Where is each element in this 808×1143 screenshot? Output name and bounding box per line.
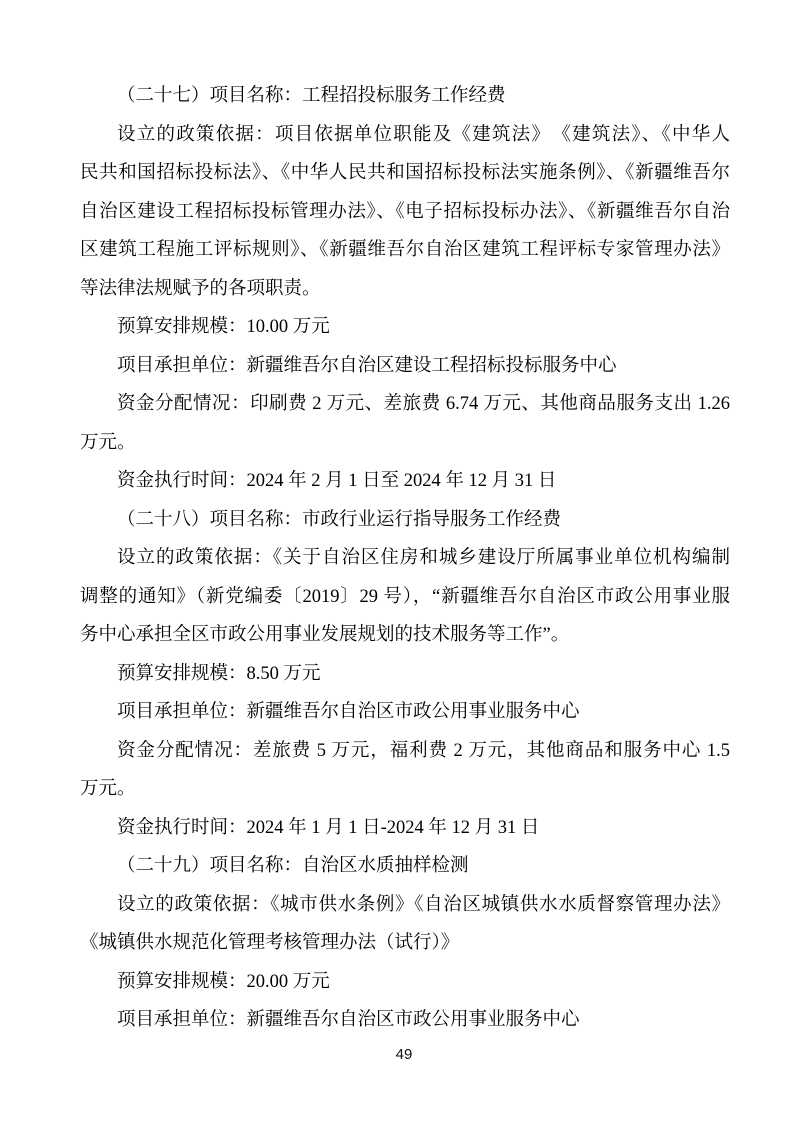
page-number: 49 bbox=[0, 1044, 808, 1066]
document-page: （二十七）项目名称：工程招投标服务工作经费设立的政策依据：项目依据单位职能及《建… bbox=[0, 0, 808, 1143]
text-line: 区建筑工程施工评标规则》、《新疆维吾尔自治区建筑工程评标专家管理办法》 bbox=[80, 231, 730, 270]
text-line: 预算安排规模：10.00 万元 bbox=[80, 308, 730, 347]
text-line: 《城镇供水规范化管理考核管理办法（试行）》 bbox=[80, 924, 730, 963]
text-line: 预算安排规模：20.00 万元 bbox=[80, 963, 730, 1002]
text-line: 资金分配情况：印刷费 2 万元、差旅费 6.74 万元、其他商品服务支出 1.2… bbox=[80, 385, 730, 424]
text-line: 资金分配情况：差旅费 5 万元，福利费 2 万元，其他商品和服务中心 1.5 bbox=[80, 732, 730, 771]
text-line: 资金执行时间：2024 年 1 月 1 日-2024 年 12 月 31 日 bbox=[80, 809, 730, 848]
text-line: 等法律法规赋予的各项职责。 bbox=[80, 270, 730, 309]
text-line: （二十七）项目名称：工程招投标服务工作经费 bbox=[80, 77, 730, 116]
text-line: 设立的政策依据：《关于自治区住房和城乡建设厅所属事业单位机构编制 bbox=[80, 539, 730, 578]
text-line: （二十八）项目名称：市政行业运行指导服务工作经费 bbox=[80, 501, 730, 540]
text-line: 项目承担单位：新疆维吾尔自治区市政公用事业服务中心 bbox=[80, 693, 730, 732]
text-line: 调整的通知》（新党编委〔2019〕29 号），“新疆维吾尔自治区市政公用事业服 bbox=[80, 578, 730, 617]
text-line: 项目承担单位：新疆维吾尔自治区建设工程招标投标服务中心 bbox=[80, 347, 730, 386]
text-line: 资金执行时间：2024 年 2 月 1 日至 2024 年 12 月 31 日 bbox=[80, 462, 730, 501]
text-line: 项目承担单位：新疆维吾尔自治区市政公用事业服务中心 bbox=[80, 1001, 730, 1040]
text-line: 务中心承担全区市政公用事业发展规划的技术服务等工作”。 bbox=[80, 616, 730, 655]
text-line: 自治区建设工程招标投标管理办法》、《电子招标投标办法》、《新疆维吾尔自治 bbox=[80, 193, 730, 232]
text-line: 民共和国招标投标法》、《中华人民共和国招标投标法实施条例》、《新疆维吾尔 bbox=[80, 154, 730, 193]
text-line: 设立的政策依据：项目依据单位职能及《建筑法》 《建筑法》、《中华人 bbox=[80, 116, 730, 155]
text-line: 万元。 bbox=[80, 424, 730, 463]
text-line: （二十九）项目名称：自治区水质抽样检测 bbox=[80, 847, 730, 886]
text-line: 万元。 bbox=[80, 770, 730, 809]
text-line: 设立的政策依据：《城市供水条例》《自治区城镇供水水质督察管理办法》 bbox=[80, 886, 730, 925]
text-line: 预算安排规模：8.50 万元 bbox=[80, 655, 730, 694]
document-body: （二十七）项目名称：工程招投标服务工作经费设立的政策依据：项目依据单位职能及《建… bbox=[80, 77, 730, 1040]
